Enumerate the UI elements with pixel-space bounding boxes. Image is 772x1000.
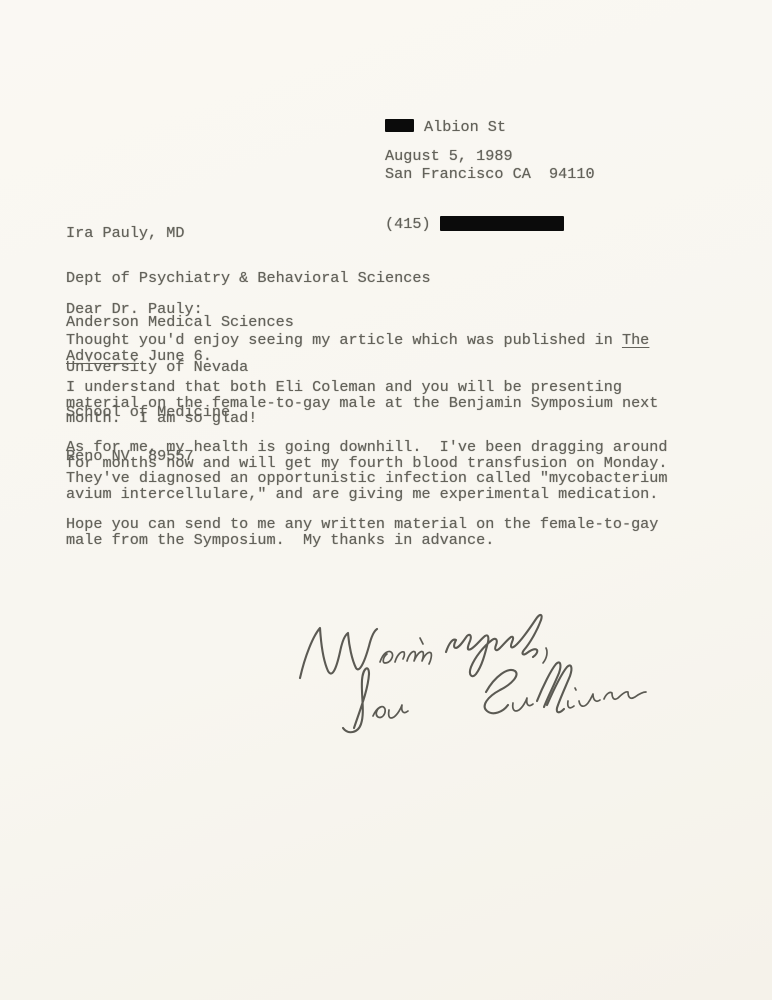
salutation: Dear Dr. Pauly: <box>66 302 203 318</box>
recipient-dept: Dept of Psychiatry & Behavioral Sciences <box>66 271 431 286</box>
letter-page: Albion St San Francisco CA 94110 (415) A… <box>0 0 772 1000</box>
body-paragraph-3: As for me, my health is going downhill. … <box>66 440 668 502</box>
p1-text-end: June 6. <box>139 347 212 365</box>
sender-street-line: Albion St <box>385 118 595 136</box>
recipient-name: Ira Pauly, MD <box>66 226 431 241</box>
p1-underlined-title-part2: Advocate <box>66 347 139 365</box>
p1-underlined-title-part1: The <box>622 331 649 349</box>
sender-street-text: Albion St <box>424 118 506 136</box>
body-paragraph-1: Thought you'd enjoy seeing my article wh… <box>66 333 649 364</box>
redaction-box-street-number <box>385 119 414 132</box>
date-line: August 5, 1989 <box>385 149 513 165</box>
signature-handwriting-icon <box>288 600 658 740</box>
signature-block: Warm regards, Lou Sullivan <box>288 600 658 740</box>
redaction-box-phone-number <box>440 216 564 231</box>
body-paragraph-2: I understand that both Eli Coleman and y… <box>66 380 658 427</box>
sender-city-line: San Francisco CA 94110 <box>385 167 595 183</box>
body-paragraph-4: Hope you can send to me any written mate… <box>66 517 658 548</box>
